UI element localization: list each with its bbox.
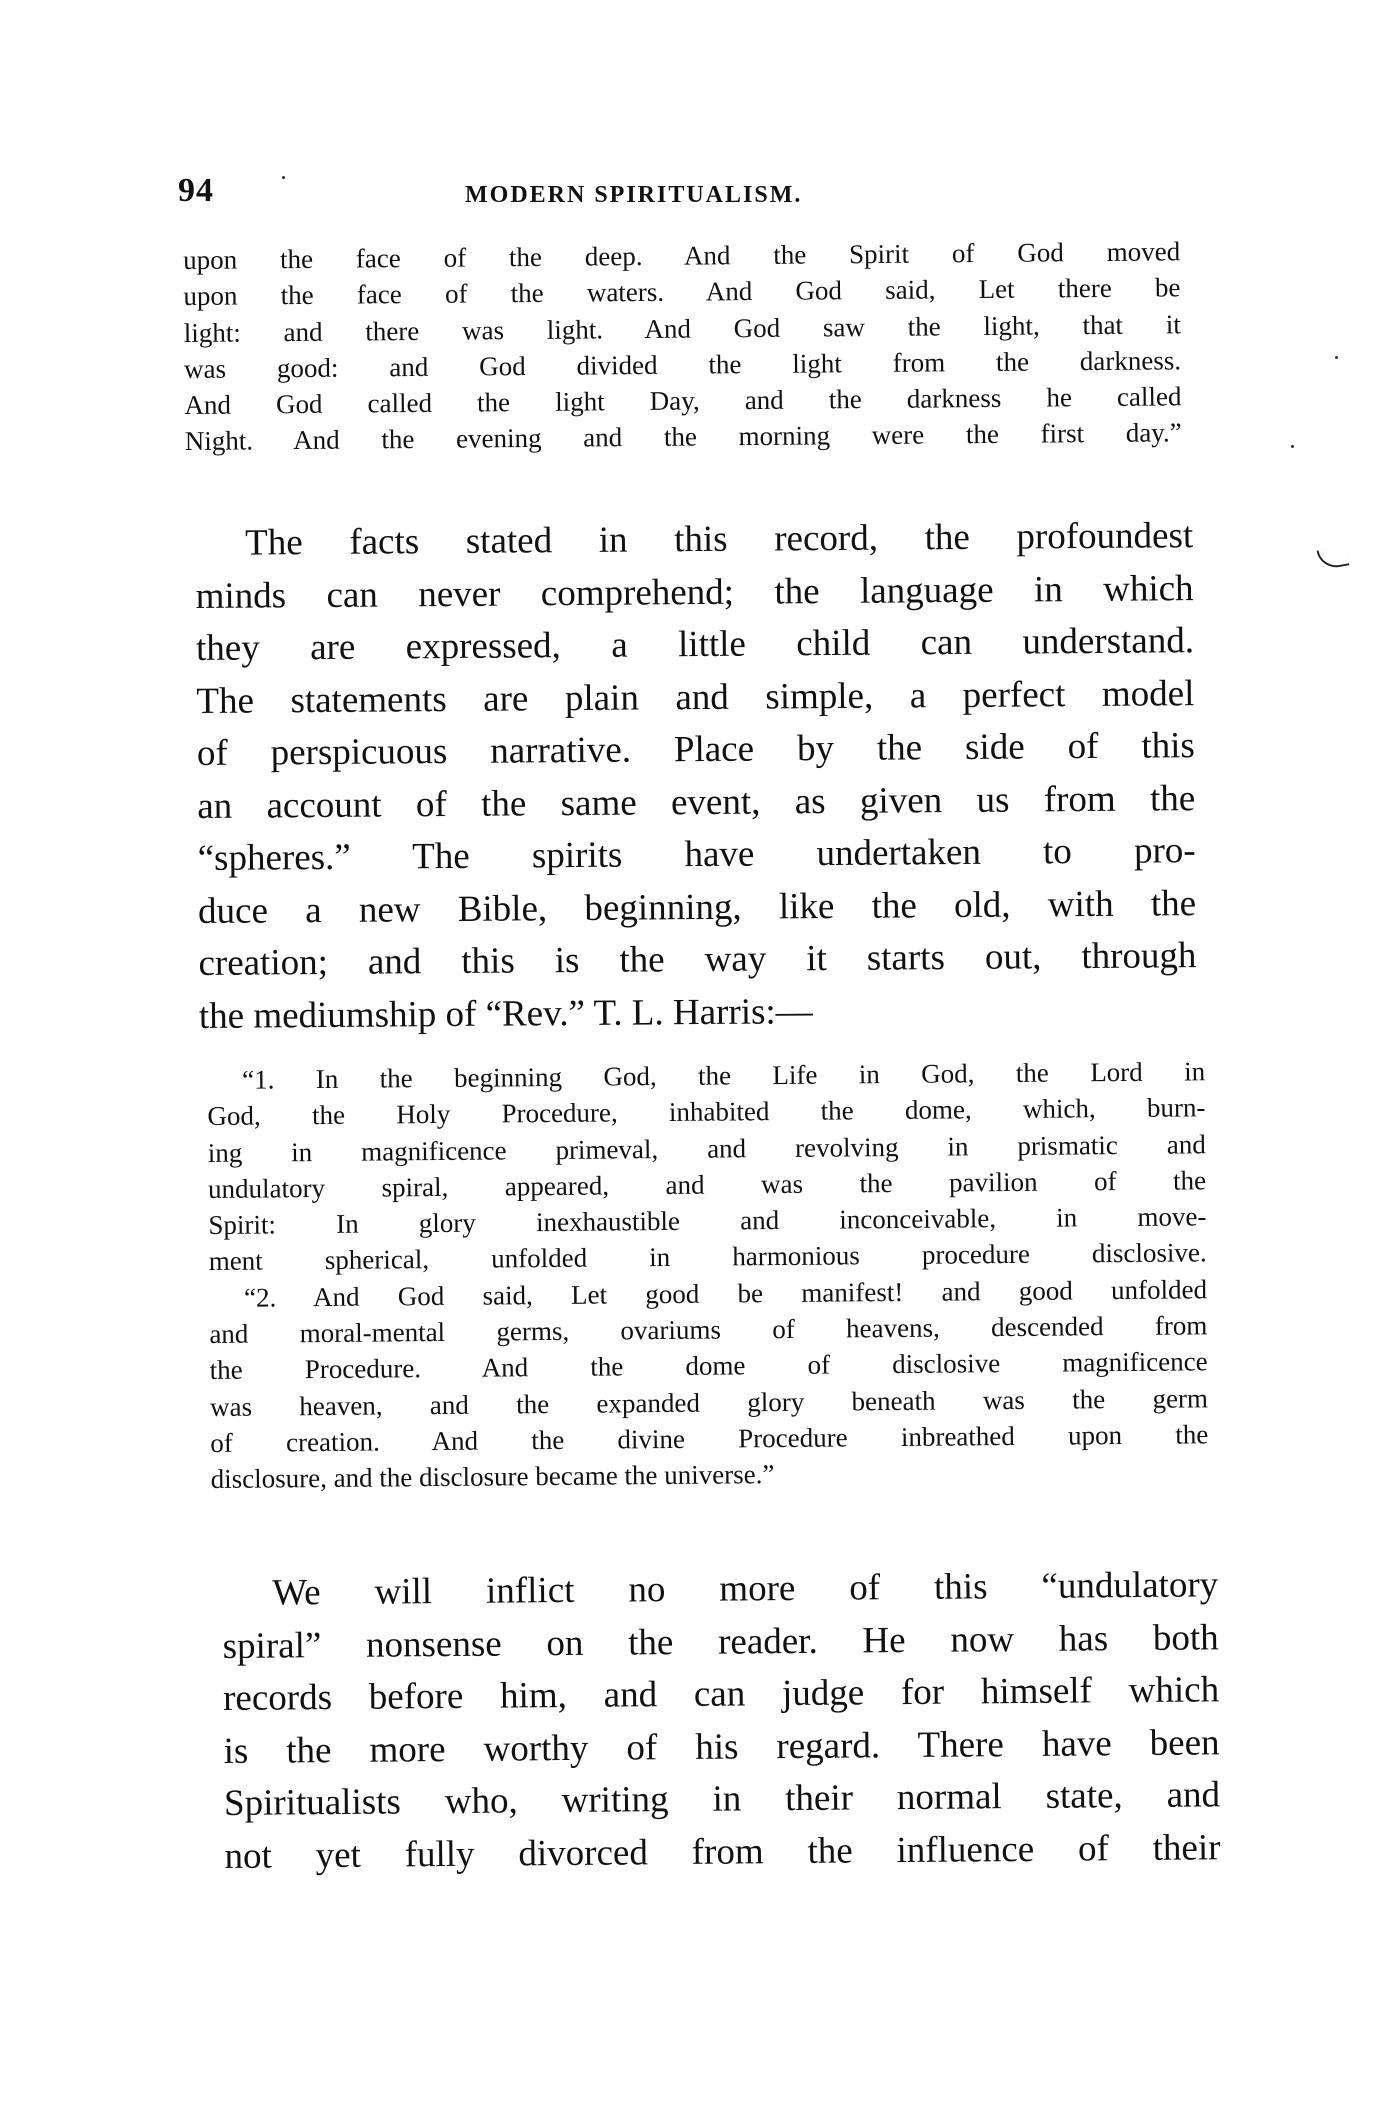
text-line: records before him, and can judge for hi… xyxy=(223,1664,1219,1725)
text-line: not yet fully divorced from the influenc… xyxy=(224,1822,1220,1883)
margin-pencil-mark xyxy=(1316,546,1349,571)
margin-speck xyxy=(1335,356,1338,359)
paragraph-facts-stated: The facts stated in this record, the pro… xyxy=(195,510,1197,1043)
margin-speck xyxy=(282,176,285,179)
genesis-quote: upon the face of the deep. And the Spiri… xyxy=(183,233,1182,459)
text-line: of perspicuous narrative. Place by the s… xyxy=(197,720,1195,780)
text-line: duce a new Bible, beginning, like the ol… xyxy=(198,878,1196,938)
harris-quote: “1. In the beginning God, the Life in Go… xyxy=(207,1053,1209,1497)
text-line: is the more worthy of his regard. There … xyxy=(223,1717,1219,1778)
page-number: 94 xyxy=(178,172,214,210)
text-line: minds can never comprehend; the language… xyxy=(195,563,1193,623)
text-line: Night. And the evening and the morning w… xyxy=(185,415,1182,460)
margin-speck xyxy=(1291,445,1294,448)
paragraph-undulatory-spiral: We will inflict no more of this “undulat… xyxy=(222,1559,1221,1883)
text-line: an account of the same event, as given u… xyxy=(197,773,1195,833)
text-line: The facts stated in this record, the pro… xyxy=(195,510,1193,570)
text-line: spiral” nonsense on the reader. He now h… xyxy=(222,1612,1218,1673)
text-line: We will inflict no more of this “undulat… xyxy=(222,1559,1218,1620)
text-line: “spheres.” The spirits have undertaken t… xyxy=(197,825,1195,885)
text-line: creation; and this is the way it starts … xyxy=(198,930,1196,990)
text-line: they are expressed, a little child can u… xyxy=(196,615,1194,675)
text-line: disclosure, and the disclosure became th… xyxy=(210,1453,1208,1498)
book-page: 94 MODERN SPIRITUALISM. upon the face of… xyxy=(0,0,1400,2128)
running-title: MODERN SPIRITUALISM. xyxy=(465,182,802,209)
text-line: Spiritualists who, writing in their norm… xyxy=(224,1769,1220,1830)
text-line: the mediumship of “Rev.” T. L. Harris:— xyxy=(199,983,1197,1043)
running-head: 94 MODERN SPIRITUALISM. xyxy=(178,172,1188,212)
text-line: The statements are plain and simple, a p… xyxy=(196,668,1194,728)
